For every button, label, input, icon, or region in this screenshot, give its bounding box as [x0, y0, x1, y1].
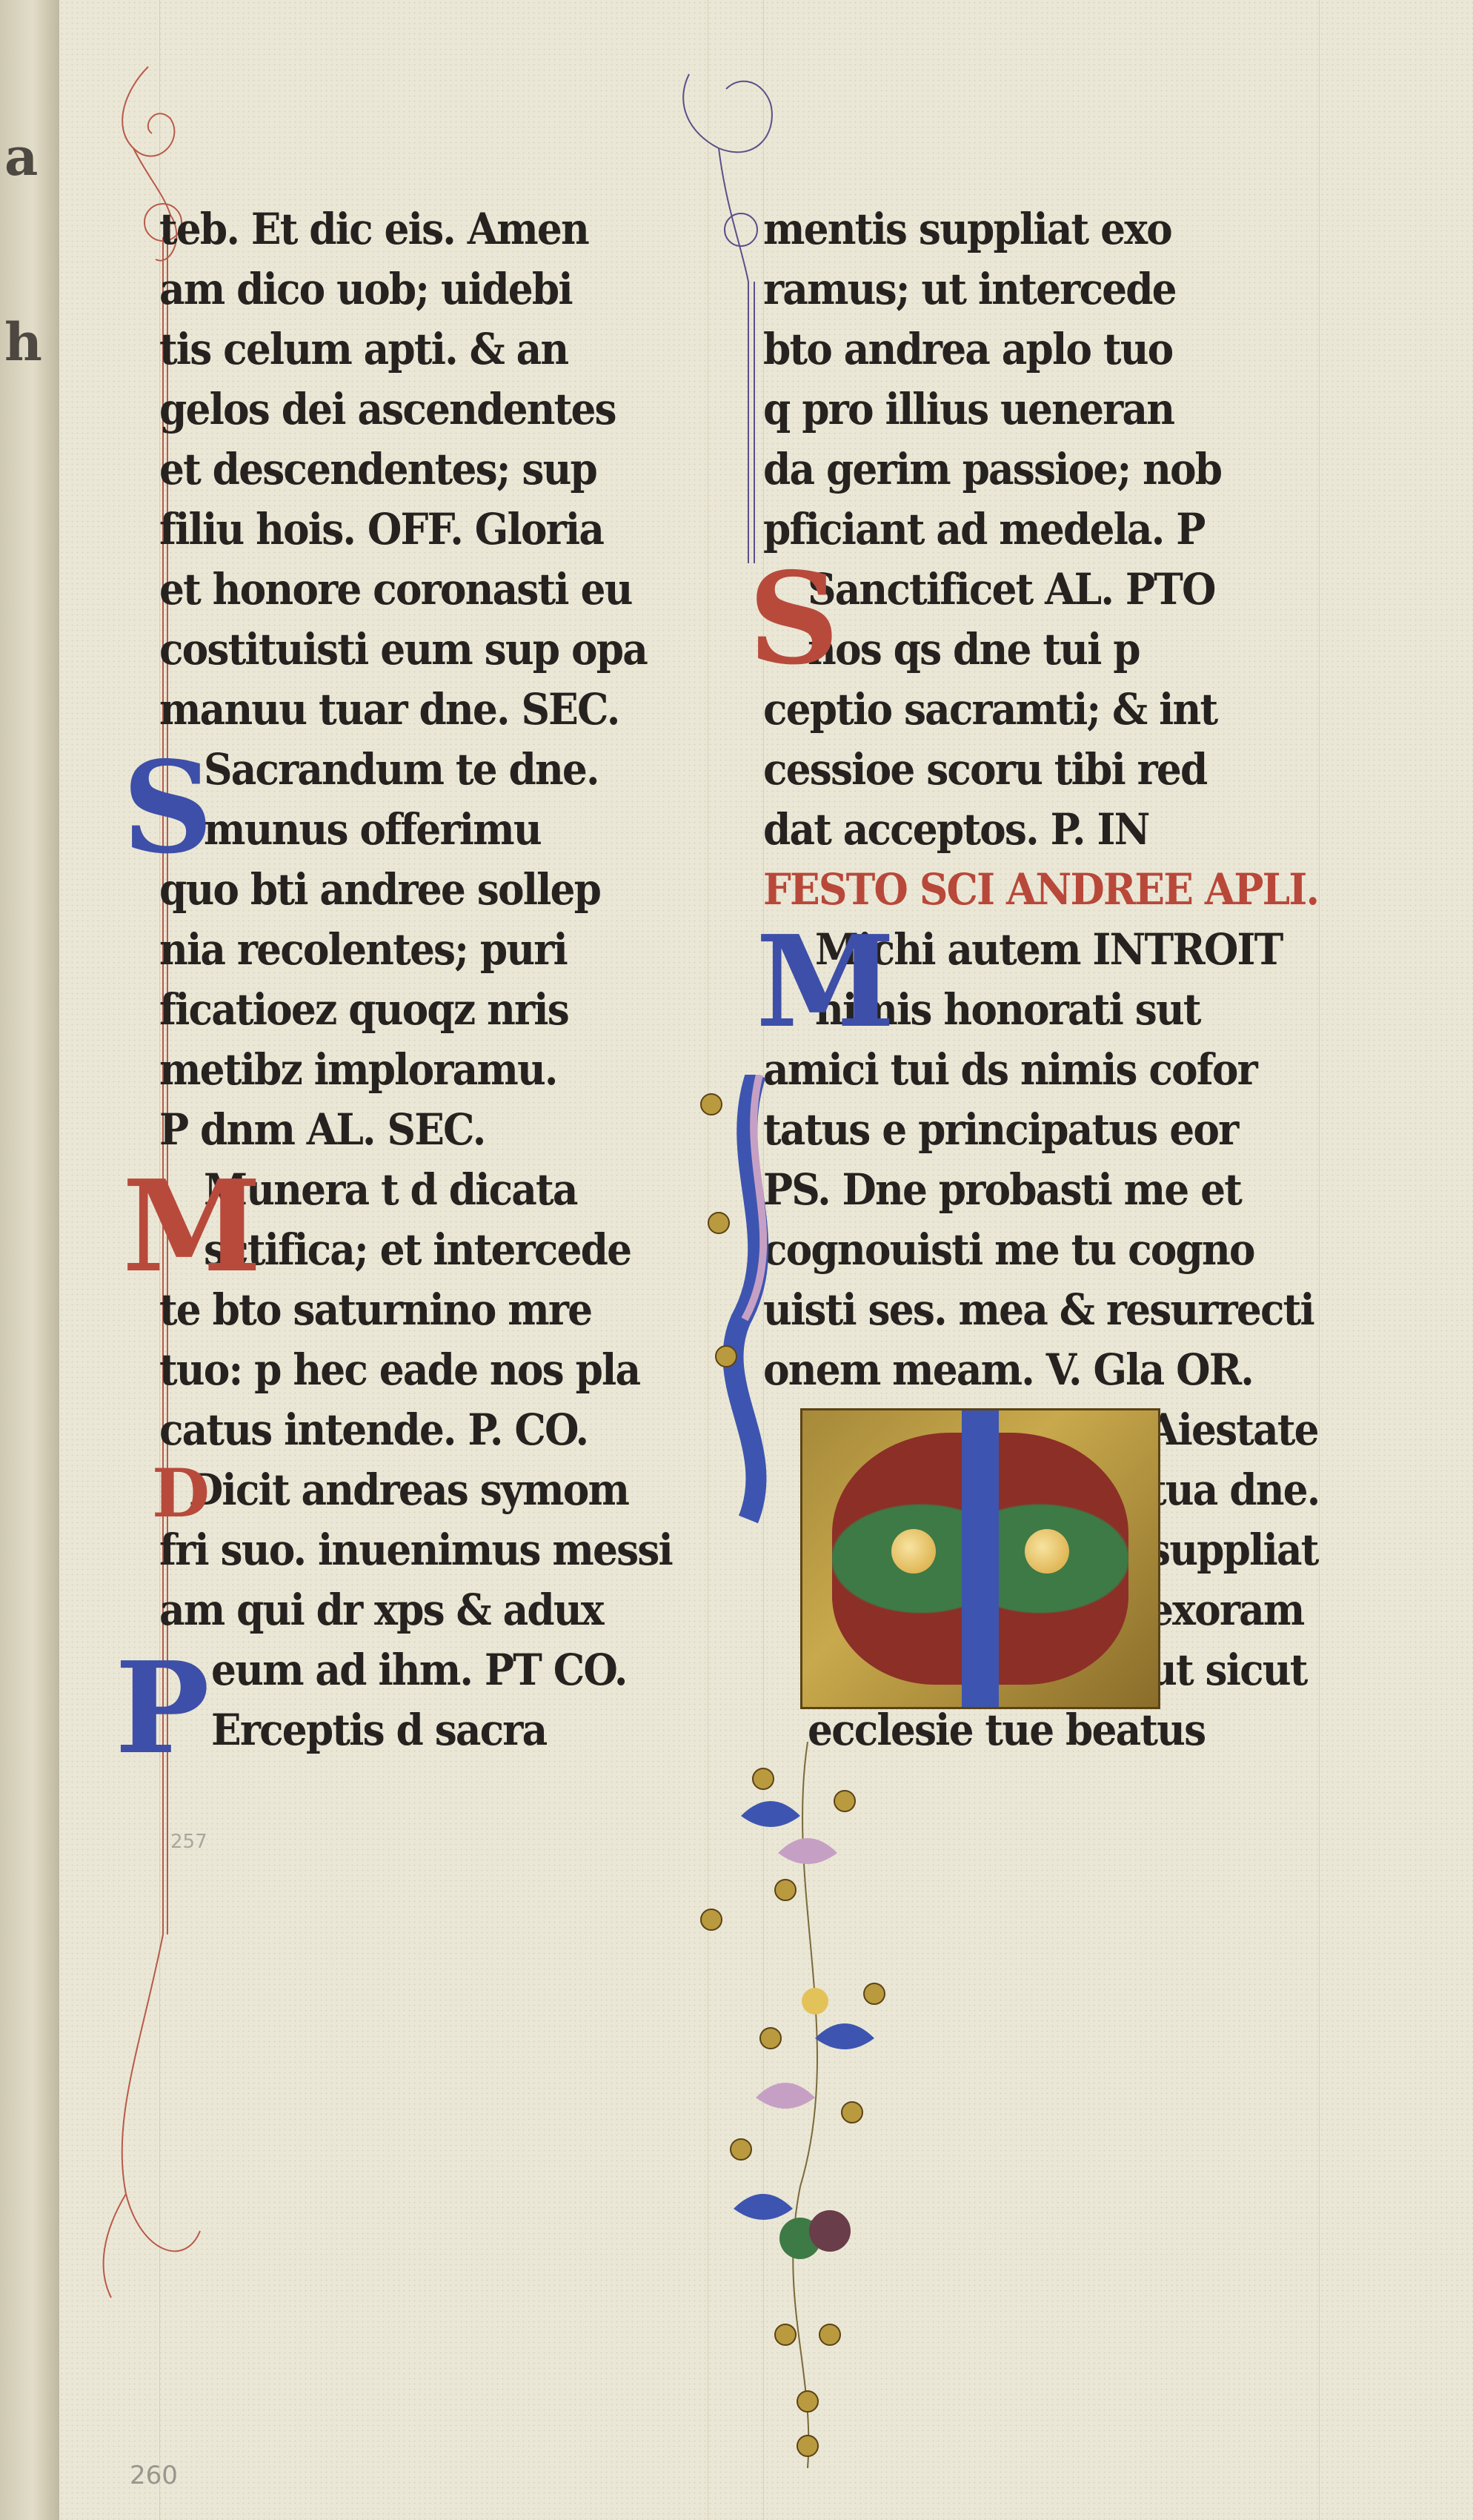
- text-line: costituisti eum sup opa: [159, 620, 647, 678]
- fruit-ornament: [1025, 1529, 1069, 1574]
- text-line: manuu tuar dne. SEC.: [159, 680, 619, 738]
- text-line: gelos dei ascendentes: [159, 380, 616, 438]
- manuscript-page: teb. Et dic eis. Amen am dico uob; uideb…: [59, 0, 1473, 2520]
- text-line: tua dne.: [1148, 1461, 1320, 1519]
- text-line: ut sicut: [1148, 1641, 1307, 1699]
- text-line: P dnm AL. SEC.: [159, 1101, 485, 1158]
- text-line: munus offerimu: [204, 800, 541, 858]
- initial-d-red: D: [152, 1460, 210, 1527]
- text-line: cessioe scoru tibi red: [763, 740, 1206, 798]
- text-line: filiu hois. OFF. Gloria: [159, 500, 603, 558]
- text-line: ficatioez quoqz nris: [159, 981, 568, 1038]
- text-line: eum ad ihm. PT CO.: [211, 1641, 627, 1699]
- text-line: tuo: p hec eade nos pla: [159, 1341, 639, 1399]
- text-line: quo bti andree sollep: [159, 861, 600, 918]
- text-line: sctifica; et intercede: [204, 1221, 631, 1279]
- text-line: nia recolentes; puri: [159, 921, 567, 978]
- text-line: et descendentes; sup: [159, 440, 596, 498]
- text-line: Sacrandum te dne.: [204, 740, 599, 798]
- folio-number: 260: [130, 2461, 178, 2490]
- initial-s-blue: S: [122, 745, 213, 871]
- initial-m-blue: M: [756, 919, 895, 1045]
- text-line: nos qs dne tui p: [808, 620, 1140, 678]
- text-line: et honore coronasti eu: [159, 560, 632, 618]
- text-line: Erceptis d sacra: [211, 1701, 546, 1759]
- text-line: bto andrea aplo tuo: [763, 320, 1172, 378]
- text-line: Aiestate: [1148, 1401, 1318, 1459]
- text-line: teb. Et dic eis. Amen: [159, 200, 588, 258]
- bleed-through-letter: h: [4, 311, 42, 373]
- initial-m-red: M: [122, 1164, 262, 1290]
- text-line: dat acceptos. P. IN: [763, 800, 1149, 858]
- foliate-border-decoration: [667, 1075, 978, 2483]
- ruling-line: [1319, 0, 1320, 2520]
- initial-p-blue: P: [115, 1645, 210, 1771]
- text-line: am dico uob; uidebi: [159, 260, 572, 318]
- initial-s-red: S: [748, 556, 839, 682]
- text-line: q pro illius ueneran: [763, 380, 1174, 438]
- text-line: am qui dr xps & adux: [159, 1581, 603, 1639]
- text-line: tis celum apti. & an: [159, 320, 568, 378]
- text-line: suppliat: [1148, 1521, 1318, 1579]
- text-line: da gerim passioe; nob: [763, 440, 1221, 498]
- bleed-through-letter: a: [4, 126, 38, 188]
- text-line: catus intende. P. CO.: [159, 1401, 588, 1459]
- text-line: exoram: [1148, 1581, 1303, 1639]
- text-line: Sanctificet AL. PTO: [808, 560, 1215, 618]
- previous-page-edge: a h: [0, 0, 59, 2520]
- text-line: mentis suppliat exo: [763, 200, 1171, 258]
- text-line: Dicit andreas symom: [189, 1461, 628, 1519]
- pencil-annotation: 257: [170, 1831, 207, 1853]
- text-line: metibz imploramu.: [159, 1041, 557, 1098]
- text-line: fri suo. inuenimus messi: [159, 1521, 672, 1579]
- text-line: ramus; ut intercede: [763, 260, 1176, 318]
